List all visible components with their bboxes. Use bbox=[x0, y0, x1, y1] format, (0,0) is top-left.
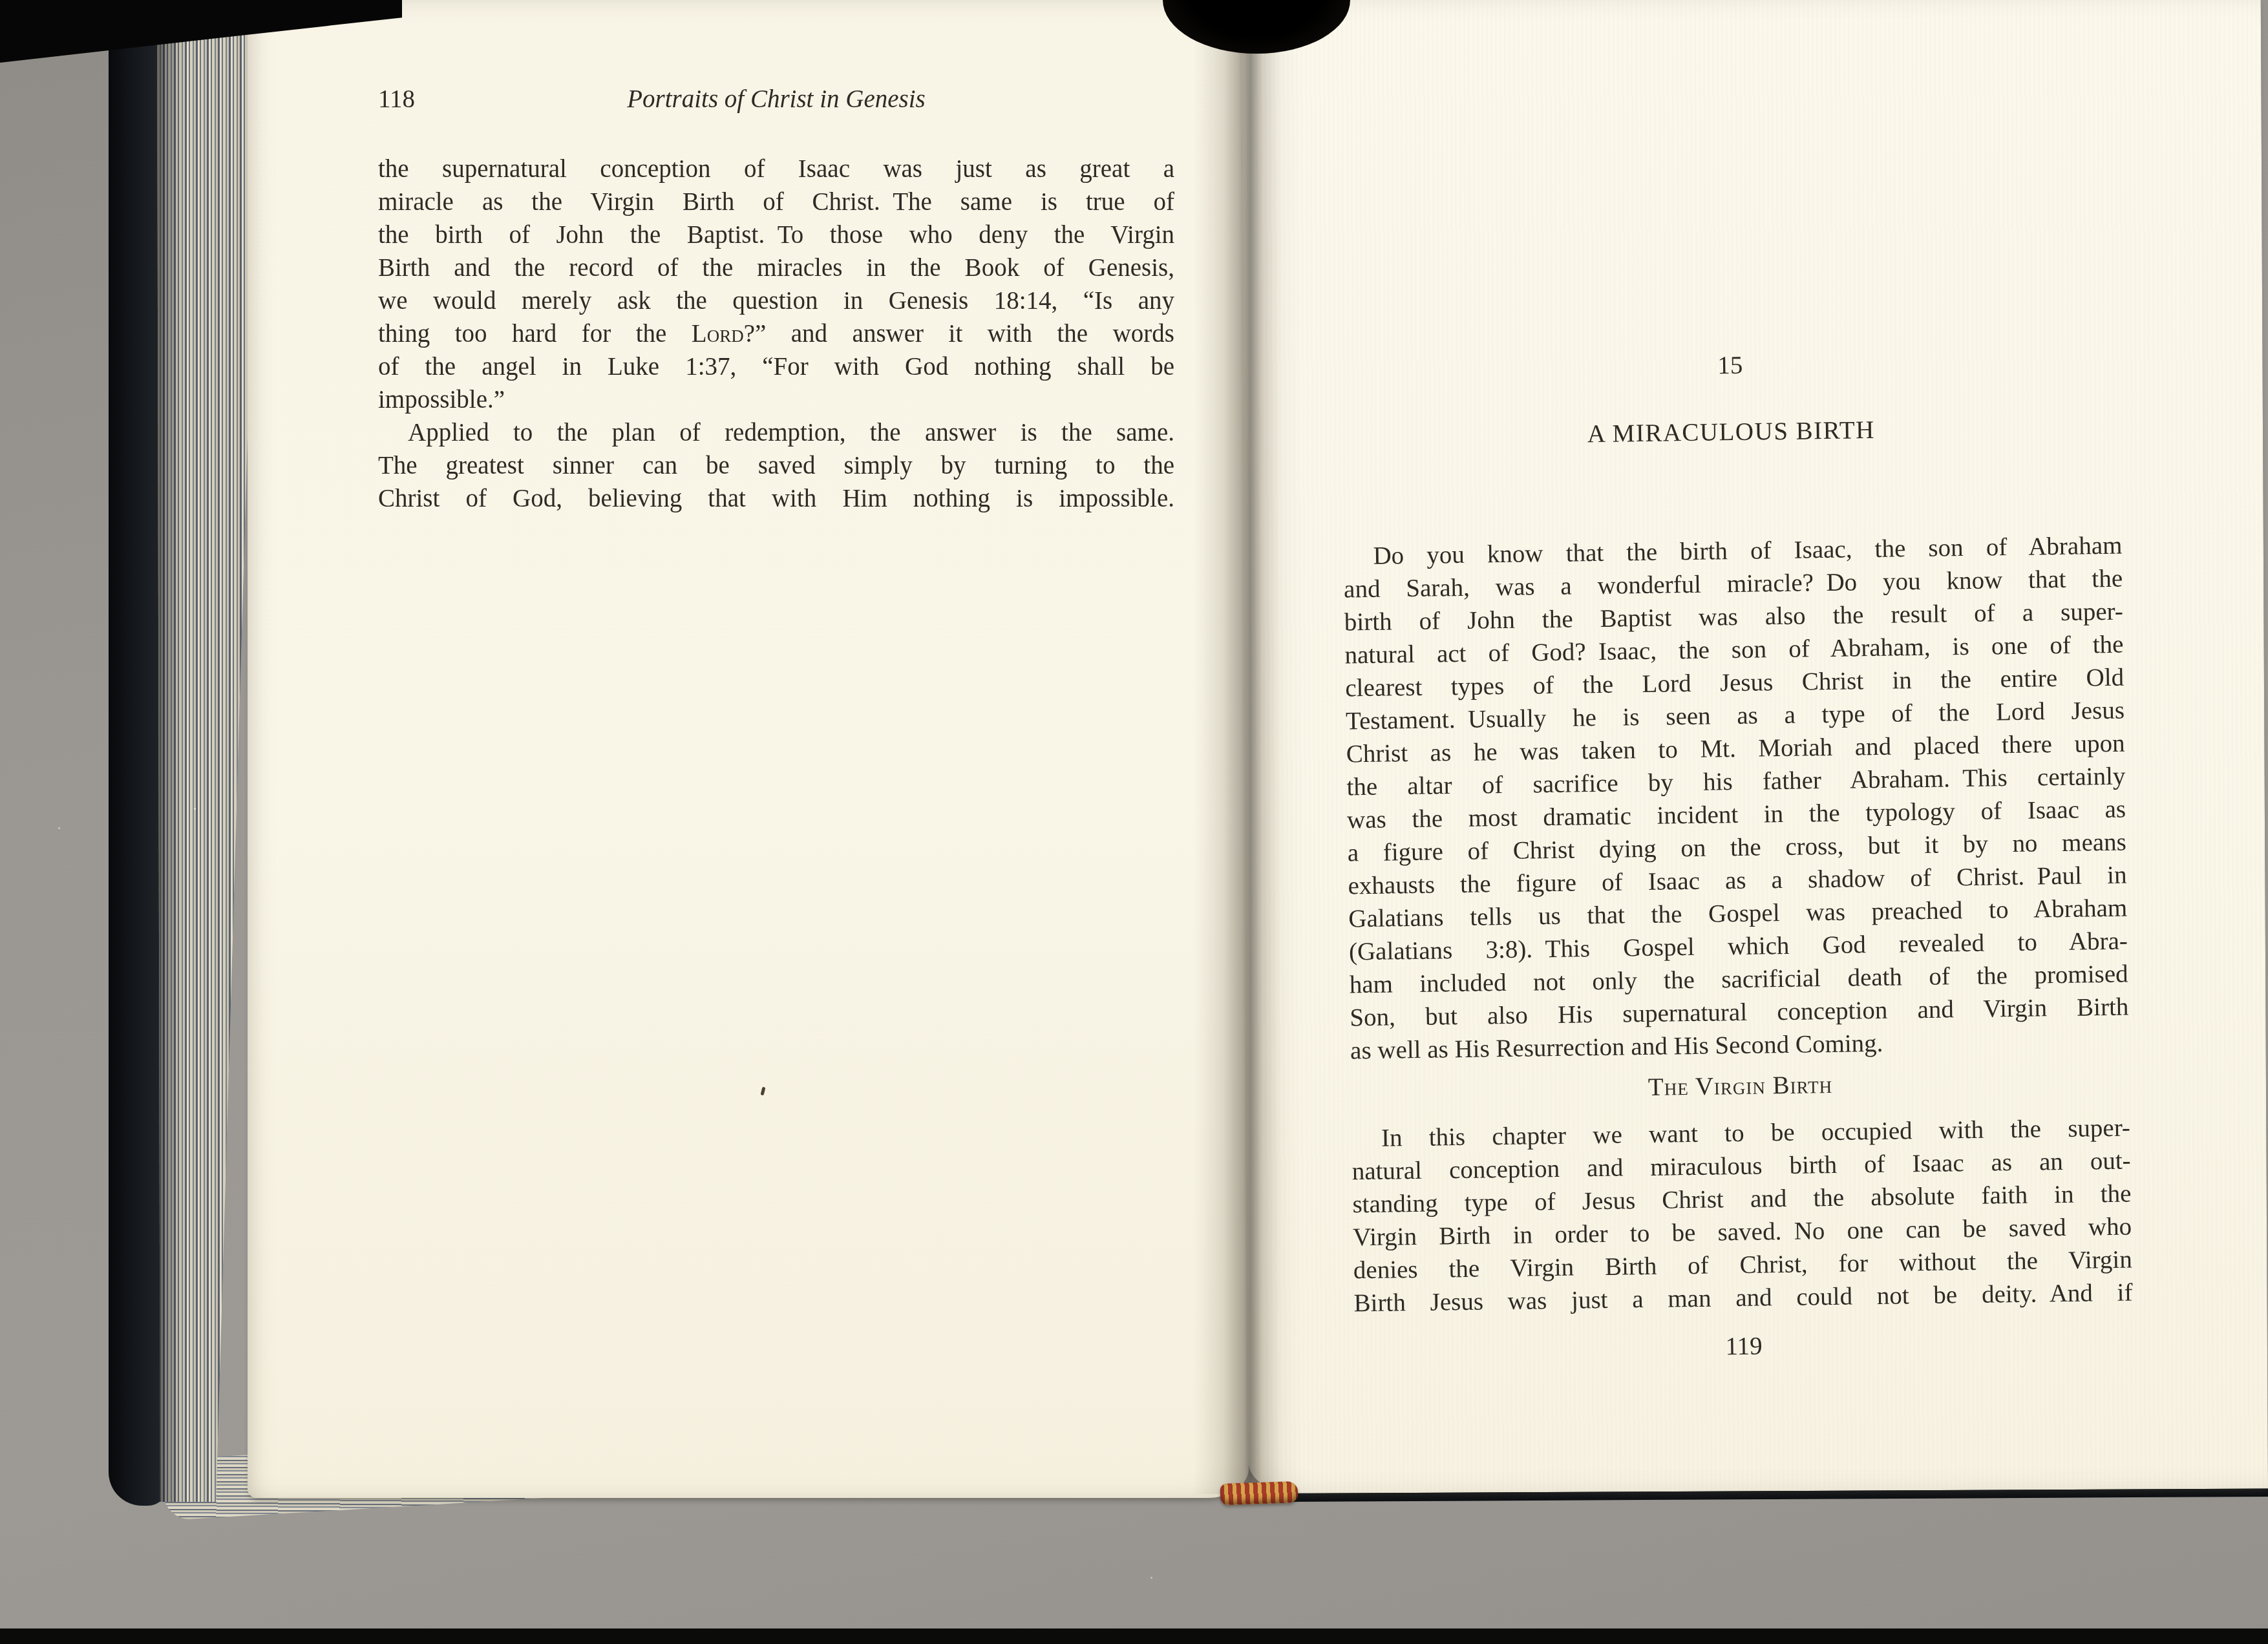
spine-headband bbox=[1220, 1481, 1298, 1505]
text-line: the supernatural conception of Isaac was… bbox=[378, 153, 1174, 185]
small-caps-word: Lord bbox=[692, 320, 744, 348]
section-heading: The Virgin Birth bbox=[1351, 1064, 2130, 1108]
running-header: Portraits of Christ in Genesis bbox=[378, 83, 1174, 116]
right-page-content: 15 A MIRACULOUS BIRTH Do you know that t… bbox=[1341, 344, 2134, 1369]
text-line: thing too hard for the Lord?” and answer… bbox=[378, 317, 1174, 350]
page-number-left: 118 bbox=[378, 83, 415, 116]
paragraph: In this chapter we want to be occupied w… bbox=[1351, 1112, 2133, 1320]
text-line: miracle as the Virgin Birth of Christ. T… bbox=[378, 185, 1174, 218]
text-line: impossible.” bbox=[378, 383, 1174, 416]
right-page-text-top: Do you know that the birth of Isaac, the… bbox=[1343, 529, 2129, 1068]
scanned-book-spread: { "book": { "left_page": { "page_number"… bbox=[0, 0, 2268, 1644]
right-page-text-bottom: In this chapter we want to be occupied w… bbox=[1351, 1112, 2133, 1320]
text-line: Christ of God, believing that with Him n… bbox=[378, 482, 1174, 515]
left-page-content: 118 Portraits of Christ in Genesis the s… bbox=[378, 83, 1174, 515]
text-line: of the angel in Luke 1:37, “For with God… bbox=[378, 350, 1174, 383]
paragraph: the supernatural conception of Isaac was… bbox=[378, 153, 1174, 416]
text-line: The greatest sinner can be saved simply … bbox=[378, 449, 1174, 482]
text-line: Applied to the plan of redemption, the a… bbox=[378, 416, 1174, 449]
dust-specks bbox=[194, 808, 196, 810]
paragraph: Applied to the plan of redemption, the a… bbox=[378, 416, 1174, 515]
gutter-shadow bbox=[1193, 0, 1303, 1494]
chapter-title: A MIRACULOUS BIRTH bbox=[1342, 410, 2121, 454]
text-line: we would merely ask the question in Gene… bbox=[378, 284, 1174, 317]
page-stack-fore-edge bbox=[157, 0, 260, 1502]
scanner-lid-shadow-bottom bbox=[0, 1628, 2268, 1644]
left-page-text: the supernatural conception of Isaac was… bbox=[378, 153, 1174, 515]
paragraph: Do you know that the birth of Isaac, the… bbox=[1343, 529, 2129, 1068]
text-line: the birth of John the Baptist. To those … bbox=[378, 218, 1174, 251]
left-page-header: 118 Portraits of Christ in Genesis bbox=[378, 83, 1174, 116]
text-line: Birth and the record of the miracles in … bbox=[378, 251, 1174, 284]
